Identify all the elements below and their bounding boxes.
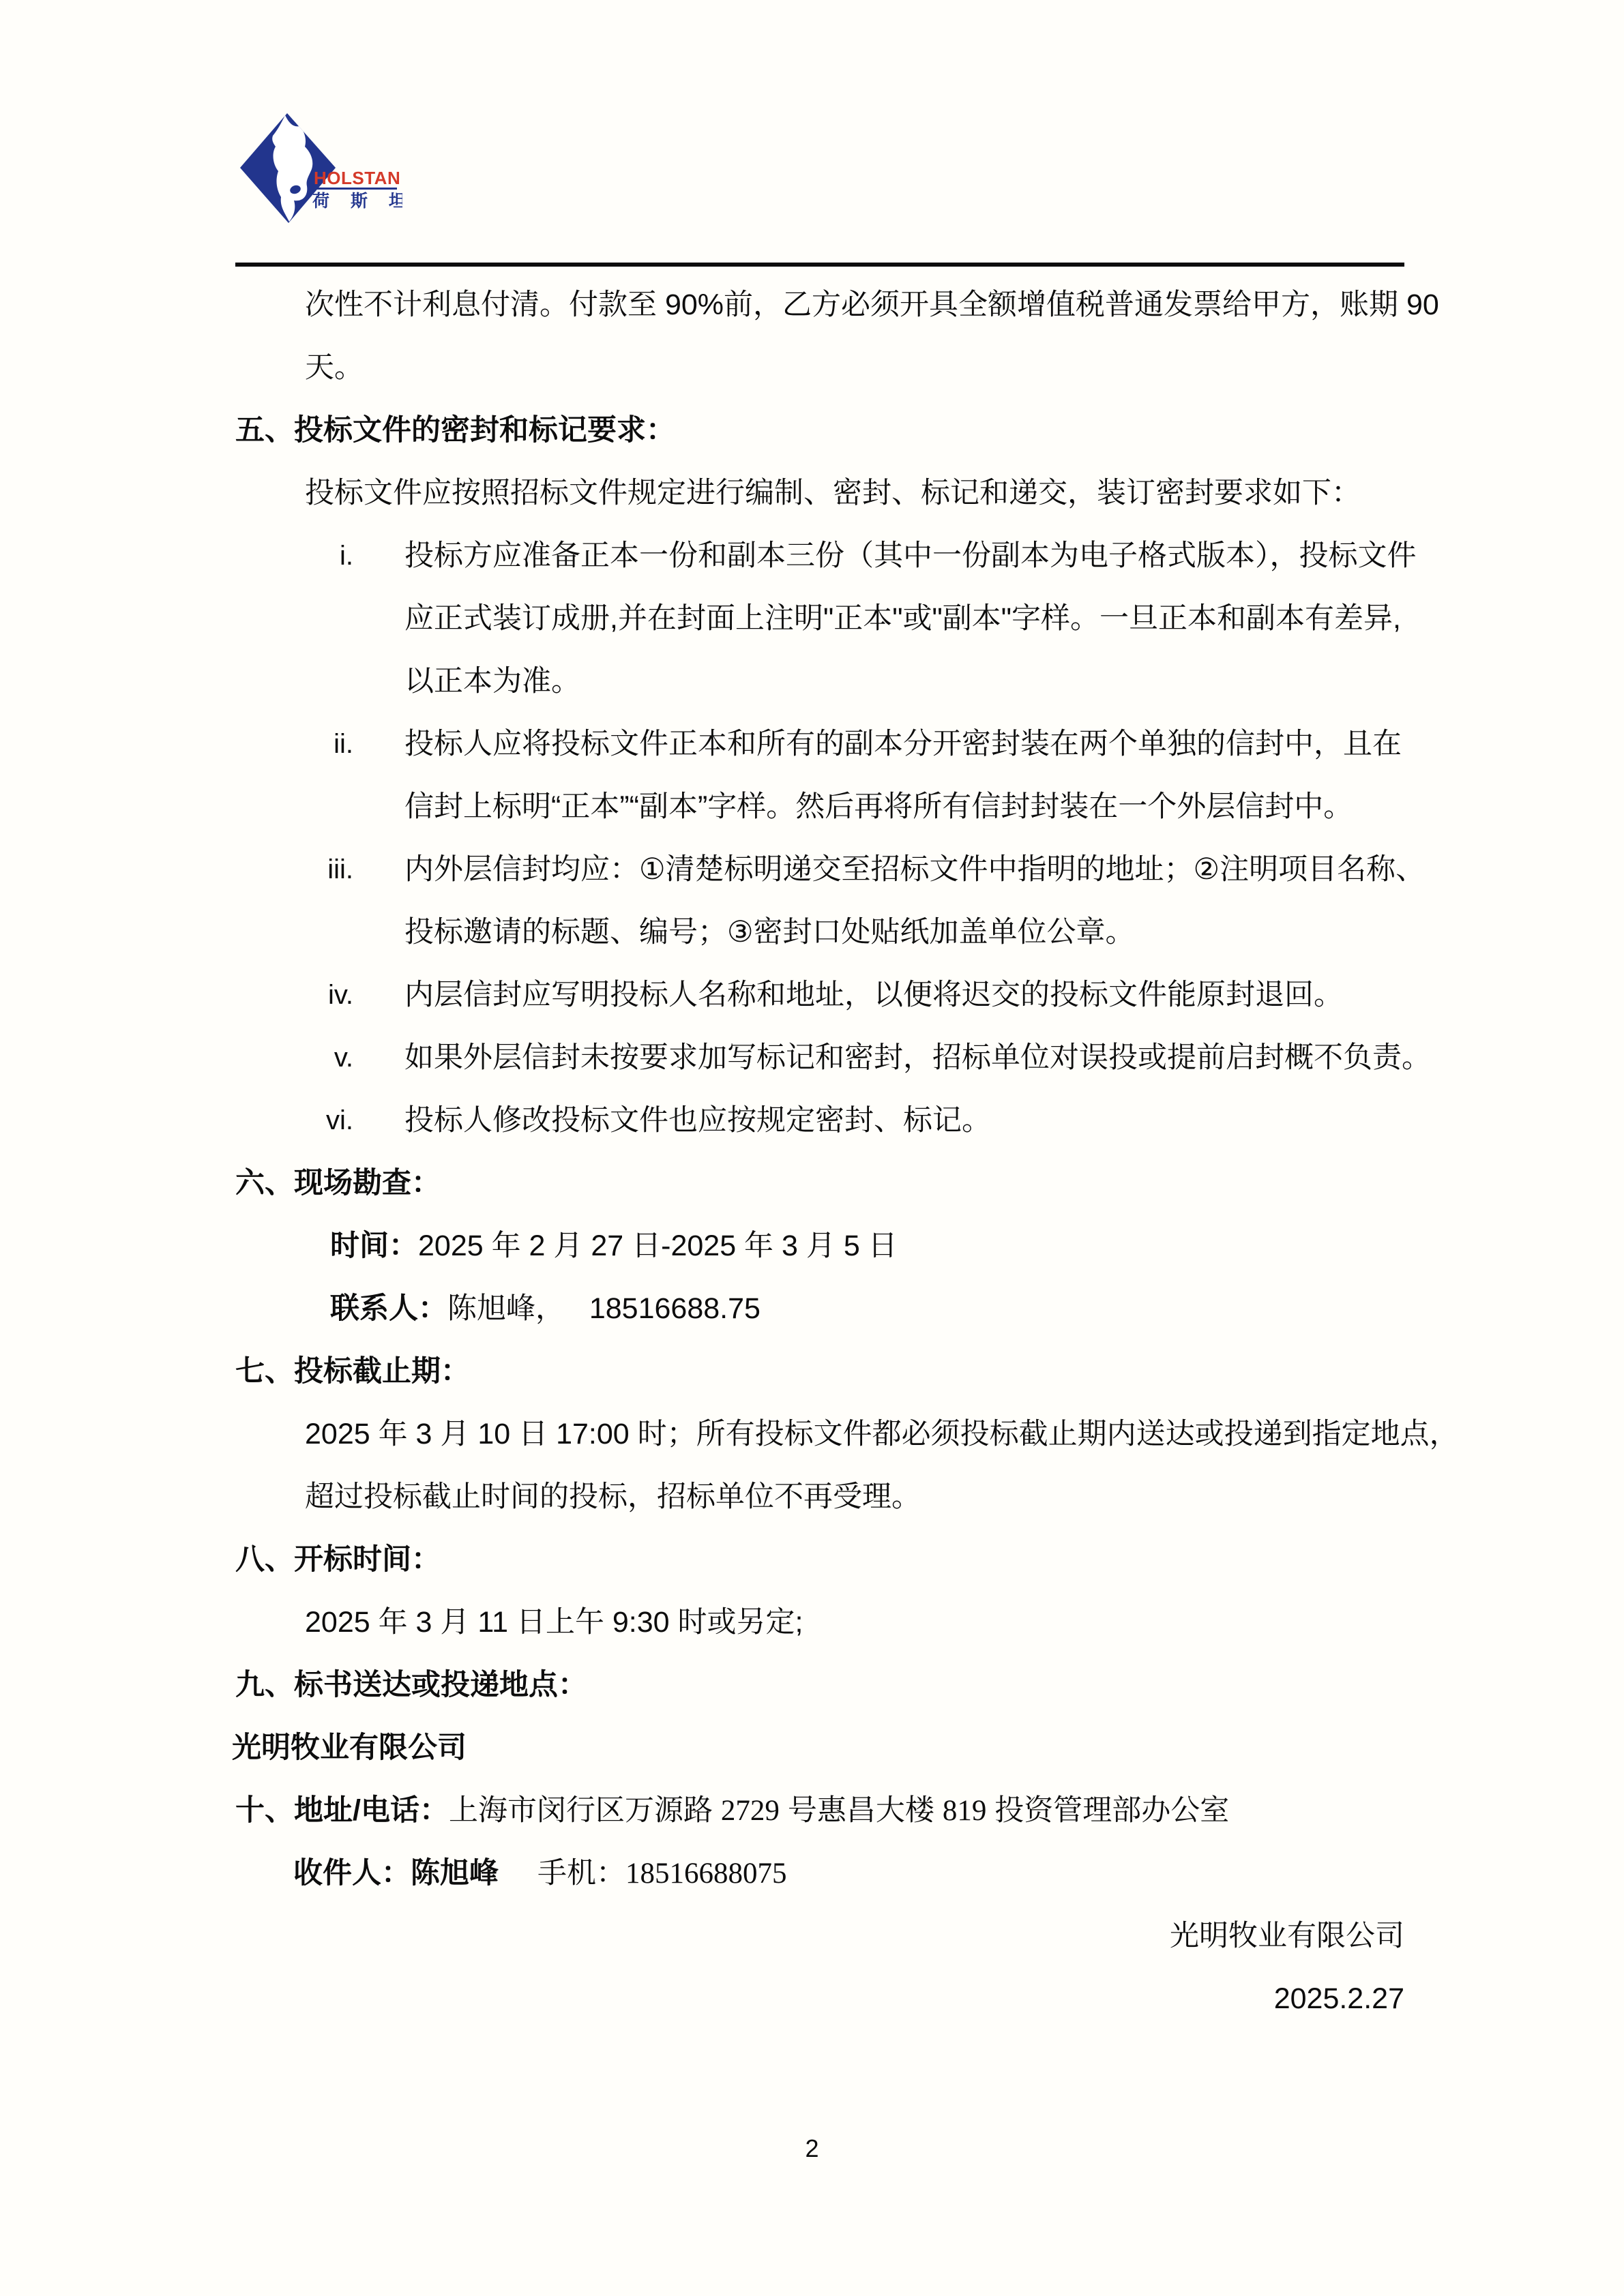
section5-heading-text: 五、投标文件的密封和标记要求： xyxy=(235,416,675,445)
section7-heading-text: 七、投标截止期： xyxy=(235,1357,470,1386)
seal-item-i-line-2: 应正式装订成册,并在封面上注明"正本"或"副本"字样。一旦正本和副本有差异, xyxy=(0,587,1624,650)
address-part-2: 号惠昌大楼 xyxy=(780,1796,943,1825)
page-footer: 2 xyxy=(0,2117,1624,2180)
site-survey-time-line: 时间：2025 年 2 月 27 日-2025 年 3 月 5 日 xyxy=(0,1214,1624,1277)
seal-item-i-text-3: 以正本为准。 xyxy=(404,667,580,696)
delivery-company-line: 光明牧业有限公司 xyxy=(0,1716,1624,1779)
payment-clause-text-1: 次性不计利息付清。付款至 90%前，乙方必须开具全额增值税普通发票给甲方，账期 … xyxy=(305,290,1439,320)
seal-item-i-text-1: 投标方应准备正本一份和副本三份（其中一份副本为电子格式版本），投标文件 xyxy=(404,541,1417,571)
deadline-line-1: 2025 年 3 月 10 日 17:00 时；所有投标文件都必须投标截止期内送… xyxy=(0,1403,1624,1465)
section6-heading-text: 六、现场勘查： xyxy=(235,1169,441,1198)
seal-item-v-numeral: v. xyxy=(286,1044,353,1071)
seal-item-i-numeral: i. xyxy=(286,542,353,569)
section5-intro-text: 投标文件应按照招标文件规定进行编制、密封、标记和递交，装订密封要求如下： xyxy=(305,479,1361,508)
bid-opening-time-text: 2025 年 3 月 11 日上午 9:30 时或另定; xyxy=(305,1608,803,1637)
section7-heading: 七、投标截止期： xyxy=(0,1340,1624,1403)
address-number-1: 2729 xyxy=(721,1796,780,1825)
recipient-name-label: 收件人：陈旭峰 xyxy=(293,1859,499,1888)
section8-heading-text: 八、开标时间： xyxy=(235,1545,441,1575)
deadline-text-1: 2025 年 3 月 10 日 17:00 时；所有投标文件都必须投标截止期内送… xyxy=(305,1420,1459,1449)
time-value: 2025 年 2 月 27 日-2025 年 3 月 5 日 xyxy=(418,1232,898,1261)
seal-item-i-line-1: i.投标方应准备正本一份和副本三份（其中一份副本为电子格式版本），投标文件 xyxy=(0,524,1624,587)
seal-item-i-line-3: 以正本为准。 xyxy=(0,650,1624,713)
contact-value: 陈旭峰， 18516688.75 xyxy=(447,1294,761,1324)
bid-opening-time-line: 2025 年 3 月 11 日上午 9:30 时或另定; xyxy=(0,1591,1624,1654)
section9-heading: 九、标书送达或投递地点： xyxy=(0,1654,1624,1716)
contact-label: 联系人： xyxy=(330,1294,447,1324)
section5-intro: 投标文件应按照招标文件规定进行编制、密封、标记和递交，装订密封要求如下： xyxy=(0,462,1624,524)
mobile-number: 18516688075 xyxy=(625,1859,787,1888)
document-page: HOLSTAN 荷 斯 坦 次性不计利息付清。付款至 90%前，乙方必须开具全额… xyxy=(0,0,1624,2296)
seal-item-iv-line-1: iv.内层信封应写明投标人名称和地址，以便将迟交的投标文件能原封退回。 xyxy=(0,964,1624,1026)
section8-heading: 八、开标时间： xyxy=(0,1528,1624,1591)
page-number: 2 xyxy=(805,2134,818,2163)
seal-item-v-text-1: 如果外层信封未按要求加写标记和密封，招标单位对误投或提前启封概不负责。 xyxy=(404,1043,1431,1073)
time-label: 时间： xyxy=(330,1232,418,1261)
payment-clause-line-2: 天。 xyxy=(0,336,1624,399)
logo-underline xyxy=(312,188,397,190)
logo-brand-en: HOLSTAN xyxy=(314,168,400,188)
logo-brand-cn: 荷 斯 坦 xyxy=(312,192,402,211)
section5-heading: 五、投标文件的密封和标记要求： xyxy=(0,399,1624,462)
seal-item-vi-line-1: vi.投标人修改投标文件也应按规定密封、标记。 xyxy=(0,1089,1624,1152)
address-label: 十、地址/电话： xyxy=(235,1796,449,1825)
seal-item-iii-text-2: 投标邀请的标题、编号；③密封口处贴纸加盖单位公章。 xyxy=(404,918,1135,947)
payment-clause-line-1: 次性不计利息付清。付款至 90%前，乙方必须开具全额增值税普通发票给甲方，账期 … xyxy=(0,273,1624,336)
seal-item-iii-text-1: 内外层信封均应：①清楚标明递交至招标文件中指明的地址；②注明项目名称、 xyxy=(404,855,1425,884)
section9-heading-text: 九、标书送达或投递地点： xyxy=(235,1671,587,1700)
address-number-2: 819 xyxy=(943,1796,987,1825)
seal-item-ii-text-1: 投标人应将投标文件正本和所有的副本分开密封装在两个单独的信封中，且在 xyxy=(404,730,1402,759)
seal-item-iii-line-1: iii.内外层信封均应：①清楚标明递交至招标文件中指明的地址；②注明项目名称、 xyxy=(0,838,1624,901)
seal-item-ii-line-2: 信封上标明“正本”“副本”字样。然后再将所有信封封装在一个外层信封中。 xyxy=(0,775,1624,838)
address-part-1: 上海市闵行区万源路 xyxy=(449,1796,721,1825)
seal-item-v-line-1: v.如果外层信封未按要求加写标记和密封，招标单位对误投或提前启封概不负责。 xyxy=(0,1026,1624,1089)
seal-item-vi-text-1: 投标人修改投标文件也应按规定密封、标记。 xyxy=(404,1106,991,1135)
document-body: 次性不计利息付清。付款至 90%前，乙方必须开具全额增值税普通发票给甲方，账期 … xyxy=(0,273,1624,2030)
seal-item-iii-line-2: 投标邀请的标题、编号；③密封口处贴纸加盖单位公章。 xyxy=(0,901,1624,964)
seal-item-i-text-2: 应正式装订成册,并在封面上注明"正本"或"副本"字样。一旦正本和副本有差异, xyxy=(404,604,1401,633)
seal-item-iv-numeral: iv. xyxy=(286,981,353,1009)
site-survey-contact-line: 联系人：陈旭峰， 18516688.75 xyxy=(0,1277,1624,1340)
section6-heading: 六、现场勘查： xyxy=(0,1152,1624,1214)
signoff-date-line: 2025.2.27 xyxy=(0,1967,1624,2030)
deadline-line-2: 超过投标截止时间的投标，招标单位不再受理。 xyxy=(0,1465,1624,1528)
delivery-company-name: 光明牧业有限公司 xyxy=(232,1733,467,1763)
holstan-logo-graphic: HOLSTAN 荷 斯 坦 xyxy=(239,111,402,227)
holstan-logo: HOLSTAN 荷 斯 坦 xyxy=(239,111,402,227)
seal-item-iii-numeral: iii. xyxy=(286,856,353,883)
seal-item-ii-numeral: ii. xyxy=(286,730,353,758)
mobile-label: 手机： xyxy=(537,1859,625,1888)
signoff-company-line: 光明牧业有限公司 xyxy=(0,1905,1624,1967)
section10-address-line: 十、地址/电话：上海市闵行区万源路 2729 号惠昌大楼 819 投资管理部办公… xyxy=(0,1779,1624,1842)
signoff-date: 2025.2.27 xyxy=(1274,1984,1404,2014)
deadline-text-2: 超过投标截止时间的投标，招标单位不再受理。 xyxy=(305,1482,921,1512)
seal-item-iv-text-1: 内层信封应写明投标人名称和地址，以便将迟交的投标文件能原封退回。 xyxy=(404,981,1343,1010)
recipient-line: 收件人：陈旭峰手机：18516688075 xyxy=(0,1842,1624,1905)
address-part-3: 投资管理部办公室 xyxy=(986,1796,1229,1825)
seal-item-ii-text-2: 信封上标明“正本”“副本”字样。然后再将所有信封封装在一个外层信封中。 xyxy=(404,792,1353,822)
header-divider-line xyxy=(235,263,1404,267)
signoff-company-name: 光明牧业有限公司 xyxy=(1170,1922,1404,1951)
payment-clause-text-2: 天。 xyxy=(305,353,364,383)
seal-item-vi-numeral: vi. xyxy=(286,1107,353,1134)
seal-item-ii-line-1: ii.投标人应将投标文件正本和所有的副本分开密封装在两个单独的信封中，且在 xyxy=(0,713,1624,775)
